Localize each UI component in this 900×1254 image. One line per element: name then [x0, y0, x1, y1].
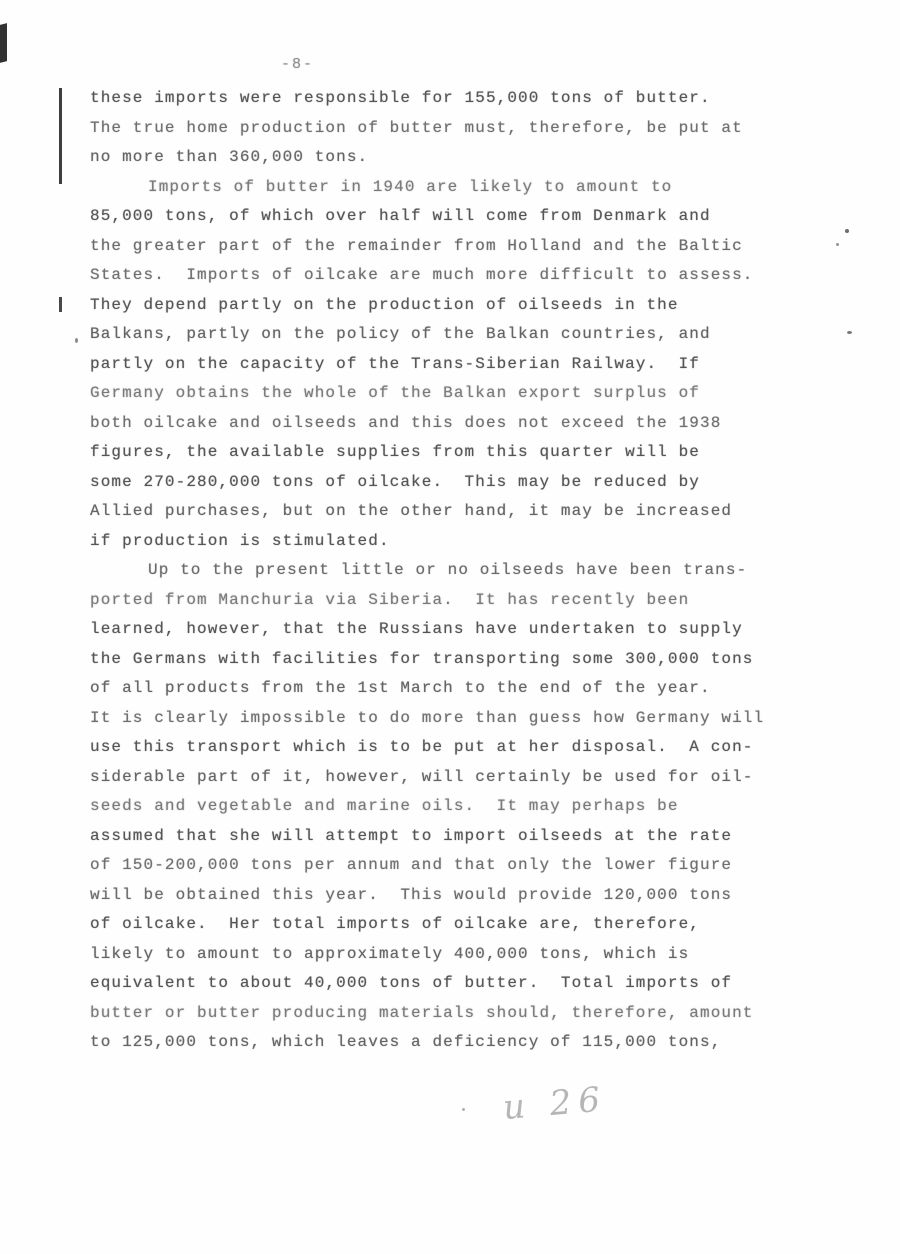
text-line: They depend partly on the production of … [90, 291, 858, 321]
text-line: seeds and vegetable and marine oils. It … [90, 792, 858, 822]
text-line: Up to the present little or no oilseeds … [90, 556, 858, 586]
scan-speck [836, 243, 839, 246]
text-line: to 125,000 tons, which leaves a deficien… [90, 1028, 858, 1058]
text-line: will be obtained this year. This would p… [90, 881, 858, 911]
text-line: 85,000 tons, of which over half will com… [90, 202, 858, 232]
text-line: these imports were responsible for 155,0… [90, 84, 858, 114]
scan-speck [75, 338, 78, 343]
text-line: if production is stimulated. [90, 527, 858, 557]
text-line: of 150-200,000 tons per annum and that o… [90, 851, 858, 881]
text-line: use this transport which is to be put at… [90, 733, 858, 763]
text-line: butter or butter producing materials sho… [90, 999, 858, 1029]
document-page: -8- these imports were responsible for 1… [0, 0, 900, 1254]
text-line: Germany obtains the whole of the Balkan … [90, 379, 858, 409]
text-line: Balkans, partly on the policy of the Bal… [90, 320, 858, 350]
text-line: of all products from the 1st March to th… [90, 674, 858, 704]
scan-line-artifact [59, 88, 62, 184]
handwritten-annotation: u 26 [501, 1078, 624, 1128]
scan-speck [845, 229, 849, 233]
text-line: both oilcake and oilseeds and this does … [90, 409, 858, 439]
scan-speck [847, 331, 852, 334]
scan-speck [462, 1108, 465, 1111]
text-line: ported from Manchuria via Siberia. It ha… [90, 586, 858, 616]
text-line: siderable part of it, however, will cert… [90, 763, 858, 793]
text-line: States. Imports of oilcake are much more… [90, 261, 858, 291]
text-line: likely to amount to approximately 400,00… [90, 940, 858, 970]
text-line: assumed that she will attempt to import … [90, 822, 858, 852]
text-line: Allied purchases, but on the other hand,… [90, 497, 858, 527]
text-line: learned, however, that the Russians have… [90, 615, 858, 645]
text-line: It is clearly impossible to do more than… [90, 704, 858, 734]
text-line: The true home production of butter must,… [90, 114, 858, 144]
text-line: the Germans with facilities for transpor… [90, 645, 858, 675]
text-line: partly on the capacity of the Trans-Sibe… [90, 350, 858, 380]
page-number: -8- [281, 56, 314, 73]
text-line: figures, the available supplies from thi… [90, 438, 858, 468]
scan-line-artifact [59, 297, 62, 312]
text-line: the greater part of the remainder from H… [90, 232, 858, 262]
scan-corner-artifact [0, 23, 7, 63]
document-body: these imports were responsible for 155,0… [90, 84, 858, 1058]
text-line: some 270-280,000 tons of oilcake. This m… [90, 468, 858, 498]
text-line: of oilcake. Her total imports of oilcake… [90, 910, 858, 940]
text-line: Imports of butter in 1940 are likely to … [90, 173, 858, 203]
text-line: equivalent to about 40,000 tons of butte… [90, 969, 858, 999]
text-line: no more than 360,000 tons. [90, 143, 858, 173]
